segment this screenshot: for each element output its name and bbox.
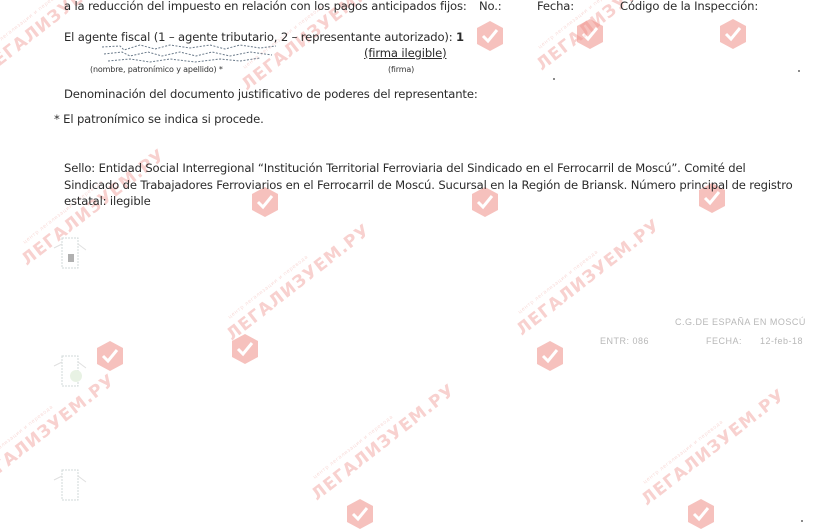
- header-text: a la reducción del impuesto en relación …: [64, 1, 467, 13]
- watermark-logo-icon: [95, 340, 125, 372]
- seal-impression-icon: [50, 230, 90, 276]
- seal-paragraph: Sello: Entidad Social Interregional “Ins…: [64, 160, 804, 210]
- watermark-logo-icon: [686, 498, 716, 530]
- name-caption: (nombre, patronímico y apellido) *: [90, 66, 223, 74]
- document-page: центр легализации и переводаЛЕГАЛИЗУЕМ.Р…: [0, 0, 826, 530]
- stamp-entry: ENTR: 086: [600, 336, 649, 346]
- watermark-logo-icon: [475, 20, 505, 52]
- number-label: No.:: [479, 1, 502, 13]
- seal-impression-icon: [50, 462, 90, 508]
- speck: [798, 70, 800, 72]
- watermark: центр легализации и переводаЛЕГАЛИЗУЕМ.Р…: [223, 220, 375, 345]
- watermark-logo-icon: [345, 498, 375, 530]
- watermark: центр легализации и переводаЛЕГАЛИЗУЕМ.Р…: [638, 385, 790, 510]
- date-label: Fecha:: [537, 1, 574, 13]
- stamp-date: 12-feb-18: [760, 336, 803, 346]
- redacted-name-icon: [100, 42, 280, 64]
- watermark: центр легализации и переводаЛЕГАЛИЗУЕМ.Р…: [308, 380, 460, 505]
- watermark: центр легализации и переводаЛЕГАЛИЗУЕМ.Р…: [513, 215, 665, 340]
- speck: [347, 184, 349, 186]
- watermark-logo-icon: [575, 18, 605, 50]
- agent-value: 1: [456, 32, 464, 44]
- seal-impression-icon: [50, 348, 90, 394]
- inspection-code-label: Código de la Inspección:: [620, 1, 758, 13]
- signature-caption: (firma): [388, 66, 414, 74]
- stamp-date-label: FECHA:: [706, 336, 742, 346]
- watermark-logo-icon: [535, 340, 565, 372]
- signature-value: (firma ilegible): [364, 48, 446, 60]
- speck: [553, 78, 555, 80]
- footnote: * El patronímico se indica si procede.: [54, 114, 264, 126]
- watermark-logo-icon: [718, 18, 748, 50]
- watermark-logo-icon: [230, 333, 260, 365]
- watermark-layer: центр легализации и переводаЛЕГАЛИЗУЕМ.Р…: [0, 0, 826, 530]
- document-label: Denominación del documento justificativo…: [64, 89, 478, 101]
- stamp-line-1: C.G.DE ESPAÑA EN MOSCÚ: [675, 317, 806, 327]
- speck: [801, 520, 803, 522]
